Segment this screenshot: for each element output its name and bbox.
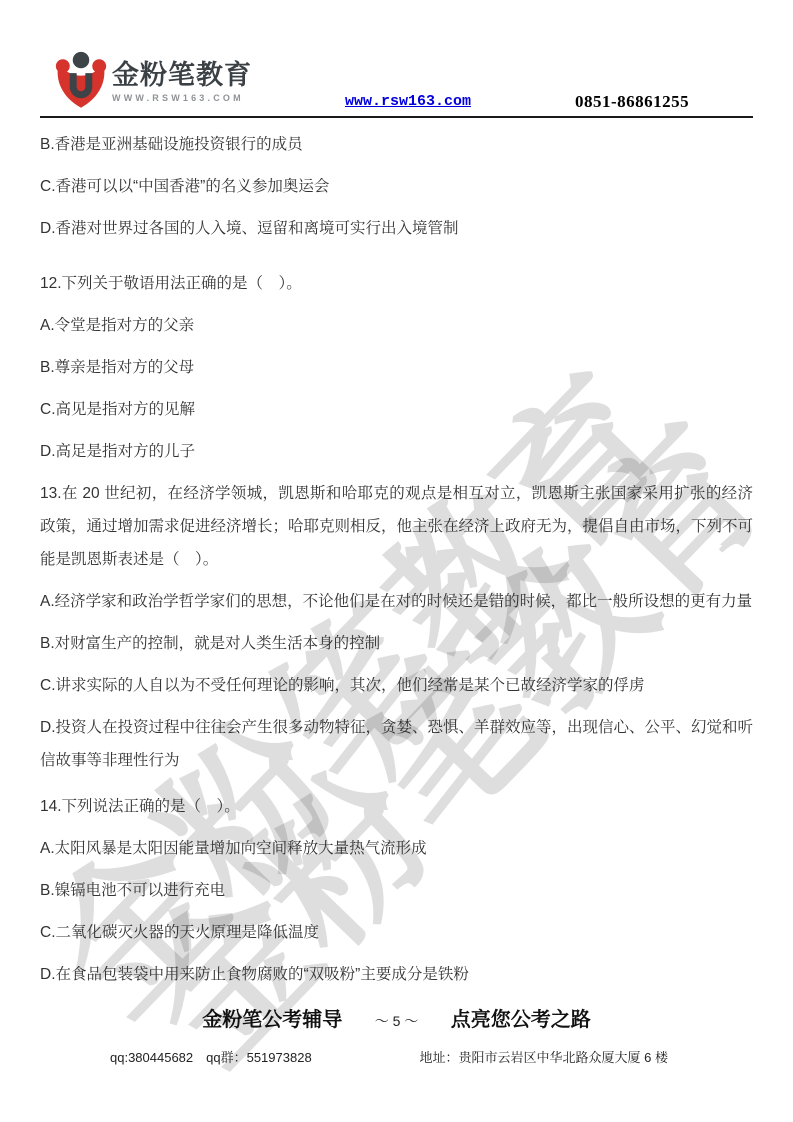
question-14-stem: 14.下列说法正确的是（ ）。 xyxy=(40,790,753,823)
website-link[interactable]: www.rsw163.com xyxy=(345,93,471,110)
document-page: 金粉笔教育 金粉笔教育 金粉笔教育 WWW.RSW163.COM www.rsw… xyxy=(0,0,793,1122)
question-12-option-d: D.高足是指对方的儿子 xyxy=(40,435,753,468)
question-11-option-b: B.香港是亚洲基础设施投资银行的成员 xyxy=(40,128,753,161)
question-12-option-b: B.尊亲是指对方的父母 xyxy=(40,351,753,384)
footer-brand: 金粉笔公考辅导 xyxy=(202,1009,342,1031)
footer-address: 地址：贵阳市云岩区中华北路众厦大厦 6 楼 xyxy=(420,1047,668,1066)
question-14-option-b: B.镍镉电池不可以进行充电 xyxy=(40,874,753,907)
question-14-option-c: C.二氧化碳灭火器的天火原理是降低温度 xyxy=(40,916,753,949)
brand-subtitle: WWW.RSW163.COM xyxy=(112,93,252,103)
question-11-option-c: C.香港可以以“中国香港”的名义参加奥运会 xyxy=(40,170,753,203)
question-13-option-d: D.投资人在投资过程中往往会产生很多动物特征，贪婪、恐惧、羊群效应等，出现信心、… xyxy=(40,711,753,777)
question-14-option-d: D.在食品包装袋中用来防止食物腐败的“双吸粉”主要成分是铁粉 xyxy=(40,958,753,991)
question-13-option-c: C.讲求实际的人自以为不受任何理论的影响，其次，他们经常是某个已故经济学家的俘虏 xyxy=(40,669,753,702)
page-number: ～ 5 ～ xyxy=(375,1013,419,1029)
footer-info: qq:380445682 qq群：551973828 地址：贵阳市云岩区中华北路… xyxy=(40,1047,753,1066)
brand-logo-icon xyxy=(55,50,107,115)
header-divider xyxy=(40,116,753,118)
brand-logo-text: 金粉笔教育 WWW.RSW163.COM xyxy=(112,61,252,103)
question-12-option-a: A.令堂是指对方的父亲 xyxy=(40,309,753,342)
document-body: B.香港是亚洲基础设施投资银行的成员 C.香港可以以“中国香港”的名义参加奥运会… xyxy=(40,128,753,1000)
footer-qq-contacts: qq:380445682 qq群：551973828 xyxy=(110,1047,312,1066)
question-13-stem: 13.在 20 世纪初，在经济学领城，凯恩斯和哈耶克的观点是相互对立，凯恩斯主张… xyxy=(40,477,753,576)
question-11-option-d: D.香港对世界过各国的人入境、逗留和离境可实行出入境管制 xyxy=(40,212,753,245)
question-14-option-a: A.太阳风暴是太阳因能量增加向空间释放大量热气流形成 xyxy=(40,832,753,865)
brand-name: 金粉笔教育 xyxy=(112,61,252,89)
question-13-option-b: B.对财富生产的控制，就是对人类生活本身的控制 xyxy=(40,627,753,660)
phone-number: 0851-86861255 xyxy=(575,92,689,112)
question-12-stem: 12.下列关于敬语用法正确的是（ ）。 xyxy=(40,267,753,300)
question-13-option-a: A.经济学家和政治学哲学家们的思想，不论他们是在对的时候还是错的时候，都比一般所… xyxy=(40,585,753,618)
footer-slogan: 点亮您公考之路 xyxy=(451,1009,591,1031)
question-12-option-c: C.高见是指对方的见解 xyxy=(40,393,753,426)
footer-banner: 金粉笔公考辅导 ～ 5 ～ 点亮您公考之路 xyxy=(0,1003,793,1032)
